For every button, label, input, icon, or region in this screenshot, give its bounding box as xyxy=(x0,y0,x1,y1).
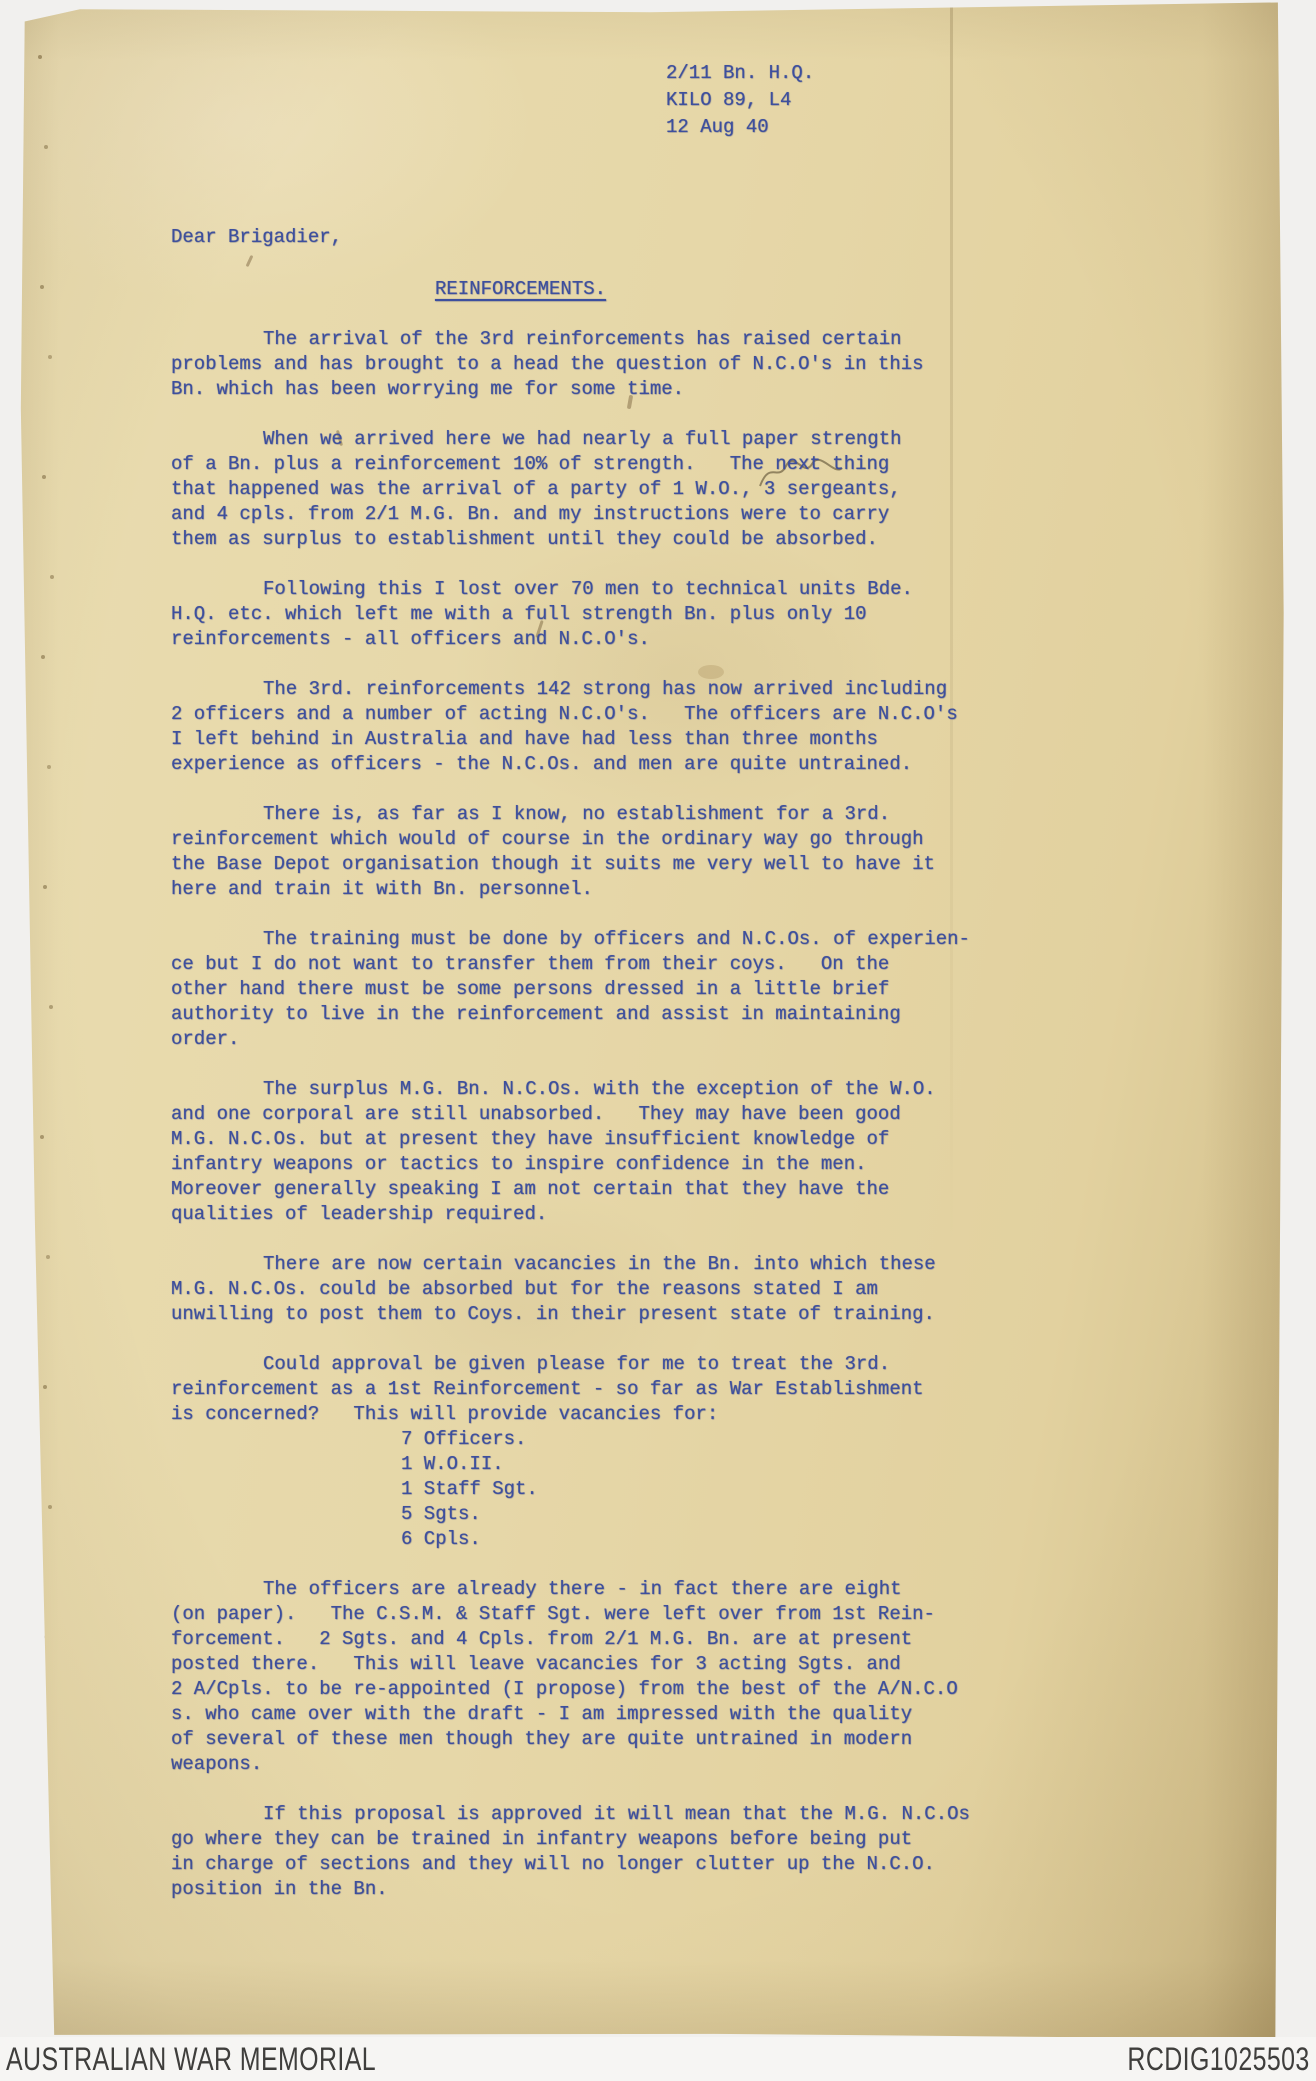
vacancy-item: 7 Officers. xyxy=(401,1427,983,1452)
letter-body: 2/11 Bn. H.Q. KILO 89, L4 12 Aug 40 Dear… xyxy=(171,60,983,1902)
scanned-letter-page: 2/11 Bn. H.Q. KILO 89, L4 12 Aug 40 Dear… xyxy=(8,0,1292,2042)
letter-paragraph: The arrival of the 3rd reinforcements ha… xyxy=(171,327,983,402)
letter-paragraph: There is, as far as I know, no establish… xyxy=(171,802,983,902)
letterhead-unit: 2/11 Bn. H.Q. xyxy=(666,60,983,87)
binding-holes xyxy=(38,55,42,59)
letterhead: 2/11 Bn. H.Q. KILO 89, L4 12 Aug 40 xyxy=(666,60,983,141)
vacancy-item: 1 Staff Sgt. xyxy=(401,1477,983,1502)
letter-paragraph: The 3rd. reinforcements 142 strong has n… xyxy=(171,677,983,777)
letter-paragraph: When we arrived here we had nearly a ful… xyxy=(171,427,983,552)
letter-title: REINFORCEMENTS. xyxy=(171,277,983,302)
letter-paragraph: There are now certain vacancies in the B… xyxy=(171,1252,983,1327)
vacancy-item: 1 W.O.II. xyxy=(401,1452,983,1477)
letter-paragraph: The officers are already there - in fact… xyxy=(171,1577,983,1777)
vacancy-item: 5 Sgts. xyxy=(401,1502,983,1527)
archive-footer-bar: AUSTRALIAN WAR MEMORIAL RCDIG1025503 xyxy=(0,2037,1316,2081)
letter-paragraph: If this proposal is approved it will mea… xyxy=(171,1802,983,1902)
archive-name: AUSTRALIAN WAR MEMORIAL xyxy=(6,2041,376,2078)
salutation: Dear Brigadier, xyxy=(171,225,983,250)
letter-paragraph: The surplus M.G. Bn. N.C.Os. with the ex… xyxy=(171,1077,983,1227)
archive-record-id: RCDIG1025503 xyxy=(1128,2041,1310,2078)
letterhead-date: 12 Aug 40 xyxy=(666,114,983,141)
letterhead-location: KILO 89, L4 xyxy=(666,87,983,114)
vacancy-item: 6 Cpls. xyxy=(401,1527,983,1552)
letter-paragraph: Could approval be given please for me to… xyxy=(171,1352,983,1427)
letter-paragraph: Following this I lost over 70 men to tec… xyxy=(171,577,983,652)
vacancy-list: 7 Officers. 1 W.O.II. 1 Staff Sgt. 5 Sgt… xyxy=(171,1427,983,1552)
letter-paragraph: The training must be done by officers an… xyxy=(171,927,983,1052)
